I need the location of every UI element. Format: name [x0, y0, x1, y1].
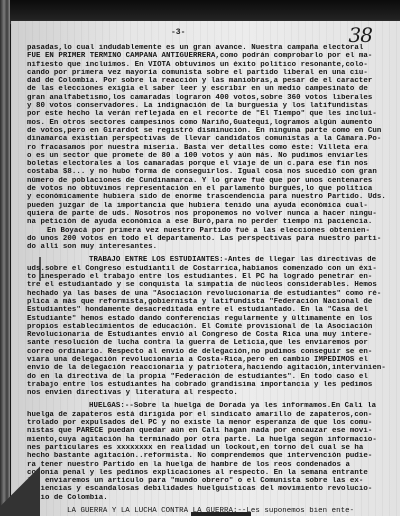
paragraph-elections: pasadas,lo cual indudablemente es un gra…	[27, 44, 395, 227]
text-line: y 80 votos conservadores. La indignación…	[27, 102, 395, 110]
text-line: por este hecho la verán reflejada en el …	[27, 110, 395, 118]
text-line: do allí son muy interesantes.	[27, 243, 395, 251]
text-line: trolado por expulsados del PC y no exist…	[27, 419, 395, 427]
section-strikes: HUELGAS:--Sobre la huelga de Dorada ya l…	[27, 402, 395, 502]
text-line: correo ordinario. Respecto al envío de d…	[27, 348, 395, 356]
text-line: miento,cuya agitación ha terminado por o…	[27, 436, 395, 444]
text-line: cando por primera vez mayoría comunista …	[27, 69, 395, 77]
text-line: trabajo entre los estudiantes ha cobrado…	[27, 381, 395, 389]
section-heading-line: TRABAJO ENTRE LOS ESTUDIANTES:-Antes de …	[27, 256, 395, 264]
paragraph-students: uds.sobre el Congreso estudiantil de Cos…	[27, 265, 395, 398]
text-line: pasadas,lo cual indudablemente es un gra…	[27, 44, 395, 52]
section-students: TRABAJO ENTRE LOS ESTUDIANTES:-Antes de …	[27, 256, 395, 397]
text-line: o es un sector que promete de 80 a 100 v…	[27, 152, 395, 160]
text-line: ro fracasamos por nuestra miseria. Basta…	[27, 144, 395, 152]
text-line: de votos,pero en Girardot se registró di…	[27, 127, 395, 135]
text-line: En Boyacá por primera vez nuestro Partid…	[27, 227, 395, 235]
text-line: boletas electorales a los camaradas porq…	[27, 160, 395, 168]
scan-left-binding	[0, 0, 10, 516]
text-line: to inesperado el trabajo entre los estud…	[27, 273, 395, 281]
text-line: Estudiantes" hondamente desacreditada en…	[27, 306, 395, 314]
text-line: do en la directiva de la propia "Federac…	[27, 373, 395, 381]
text-line: Revolucionaria de Estudiantes envió al C…	[27, 331, 395, 339]
scan-corner-shadow	[0, 456, 40, 516]
text-line: de las elecciones exigía el saber leer y…	[27, 85, 395, 93]
section-lead-text: --Les suponemos bien ente-	[237, 507, 354, 515]
text-line: quiera de parte de uds. Nosotros nos pro…	[27, 210, 395, 218]
text-line: de votos no obtuvimos representación en …	[27, 185, 395, 193]
section-heading-strikes: HUELGAS:	[89, 402, 125, 410]
text-line: plica a más que reformista,gobiernista y…	[27, 298, 395, 306]
text-line: nario de Colombia.	[27, 494, 395, 502]
text-line: nistas que PARECE puedan quedar aún en C…	[27, 427, 395, 435]
text-line: número de poblaciones de Cundinamarca. Y…	[27, 177, 395, 185]
text-line: ra tener nuestro Partido en la huelga de…	[27, 461, 395, 469]
text-line: nos envíen directivas y literatura al re…	[27, 389, 395, 397]
text-line: sante resolución de lucha contra la guer…	[27, 339, 395, 347]
scan-smudge	[191, 512, 251, 516]
typewritten-body: pasadas,lo cual indudablemente es un gra…	[27, 44, 395, 515]
text-line: na petición de ayuda económica a ese Bur…	[27, 218, 395, 226]
text-line: Estudiante" hemos estado dando conferenc…	[27, 315, 395, 323]
text-line: dinamarca existían perspectivas de lleva…	[27, 135, 395, 143]
text-line: do unos 200 votos en todo el departament…	[27, 235, 395, 243]
paragraph-strikes: huelga de zapateros está dirigida por el…	[27, 411, 395, 502]
page-number: -3-	[171, 28, 185, 37]
text-line: y económicamente hubiera sido de enorme …	[27, 193, 395, 201]
text-line: envío de la delegación reaccionaria y pa…	[27, 364, 395, 372]
section-heading-line: HUELGAS:--Sobre la huelga de Dorada ya l…	[27, 402, 395, 410]
text-line: dad de Colombia. Por sobre la reacción y…	[27, 77, 395, 85]
text-line: costaba $8... y no hubo forma de consegu…	[27, 168, 395, 176]
section-heading-students: TRABAJO ENTRE LOS ESTUDIANTES:	[89, 256, 224, 264]
text-line: nes particulares es xxxxxxxx en realidad…	[27, 444, 395, 452]
text-line: FUE EN PRIMER TERMINO CAMPAÑA ANTIGUERRE…	[27, 52, 395, 60]
document-page: -3- 38 pasadas,lo cual indudablemente es…	[11, 21, 400, 516]
text-line: viara una delegación revolucionaria a Co…	[27, 356, 395, 364]
text-line: propios establecimientos de educación. E…	[27, 323, 395, 331]
text-line: periencias y escandalosas debilidades hu…	[27, 485, 395, 493]
text-line: mos. En otros sectores campesinos como N…	[27, 119, 395, 127]
text-line: uds.sobre el Congreso estudiantil de Cos…	[27, 265, 395, 273]
text-line: hecho bastante agitación..reformista. No…	[27, 452, 395, 460]
text-line: tre el estudiantado y se conquista la si…	[27, 281, 395, 289]
text-line: huelga de zapateros está dirigida por el…	[27, 411, 395, 419]
section-lead-text: --Sobre la huelga de Dorada ya les infor…	[125, 402, 376, 410]
paragraph-boyaca: En Boyacá por primera vez nuestro Partid…	[27, 227, 395, 252]
text-line: gran analfabetismo,los camaradas lograro…	[27, 94, 395, 102]
text-line: hechado ya las bases de una "Asociación …	[27, 290, 395, 298]
text-line: pueden juzgar de la importancia que hubi…	[27, 202, 395, 210]
section-lead-text: -Antes de llegar las directivas de	[224, 256, 377, 264]
text-line: colonia penal y les pedimos explicacione…	[27, 469, 395, 477]
text-line: les enviaremos un artículo para "mundo o…	[27, 477, 395, 485]
text-line: nifiesto que incluímos. En VIOTA obtuvim…	[27, 61, 395, 69]
